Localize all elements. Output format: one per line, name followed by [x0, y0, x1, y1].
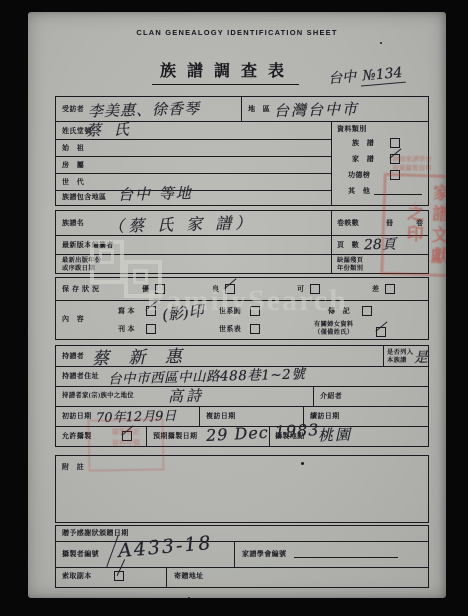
women-data-checkbox [376, 327, 386, 337]
category-label: 資料類別 [337, 126, 367, 133]
red-stamp-small: 攝製登記 資料存檔 [88, 418, 165, 471]
familysearch-logo-watermark [90, 240, 124, 284]
missing-pages-label: 缺漏殘頁 年份類別 [337, 257, 363, 273]
printed-label: 刊 本 [118, 326, 135, 333]
holder-address-label: 持譜者住址 [62, 373, 99, 380]
holder-address-value: 台中市西區中山路488巷1~2號 [108, 362, 306, 387]
award-date-label: 贈予感謝狀頒贈日期 [62, 530, 129, 537]
biography-checkbox [362, 306, 372, 316]
copy-request-checkbox [114, 571, 124, 581]
seal-body-text: 家譜文獻之印 [383, 176, 446, 274]
form-paper: CLAN GENEALOGY IDENTIFICATION SHEET 族譜調查… [28, 12, 446, 598]
familysearch-text-watermark: FamilySearch [146, 284, 348, 318]
pedigree-table-label: 世系表 [219, 326, 241, 333]
red-seal-stamp: 家譜文獻之印 [380, 173, 446, 277]
introducer-label: 介紹者 [320, 393, 342, 400]
pages-label: 頁 數 [337, 242, 359, 249]
seal-caption-line1: 猶他家譜學會 [393, 156, 432, 163]
serial-number-handwritten: 台中 №134 [327, 62, 406, 89]
condition-poor-label: 差 [372, 286, 379, 293]
missing-label-line1: 缺漏殘頁 [337, 257, 363, 264]
revisit-label: 複訪日期 [206, 413, 236, 420]
women-data-label-line2: （僅備姓氏） [314, 329, 354, 336]
film-date-value: 29 Dec 1983 [206, 420, 320, 445]
holder-position-label: 持譜者家(宗)族中之地位 [62, 393, 134, 399]
women-data-label: 有關婦女資料 （僅備姓氏） [314, 321, 354, 337]
stray-stroke [106, 535, 119, 567]
filmer-number-label: 攝製者編號 [62, 551, 99, 558]
category-clan-label: 族 譜 [352, 140, 374, 147]
region-label: 地 區 [248, 106, 270, 113]
red-seal-caption: 猶他家譜學會 收藏攝製資料 [378, 156, 446, 174]
content-label: 內 容 [62, 316, 84, 323]
interviewee-label: 受訪者 [62, 106, 84, 113]
followup-visit-label: 續訪日期 [310, 413, 340, 420]
holder-label: 持譜者 [62, 353, 84, 360]
listed-label-line1: 是否列入 [387, 349, 413, 356]
copy-request-label: 索取副本 [62, 573, 92, 580]
serial-no: №134 [360, 65, 406, 87]
generations-label: 世 代 [62, 179, 84, 186]
manuscript-label: 寫 本 [118, 308, 135, 315]
condition-poor-checkbox [385, 284, 395, 294]
holder-position-value: 高詩 [168, 385, 205, 407]
branch-label: 房 屬 [62, 162, 84, 169]
genealogy-title-label: 族譜名 [62, 220, 84, 227]
category-clan-checkbox [390, 138, 400, 148]
society-number-line [294, 557, 398, 558]
small-stamp-line1: 攝製登記 [112, 428, 140, 436]
first-ancestor-label: 始 祖 [62, 145, 84, 152]
mailing-address-label: 寄贈地址 [174, 573, 204, 580]
scan-speck [380, 42, 382, 44]
printed-checkbox [146, 324, 156, 334]
missing-label-line2: 年份類別 [337, 265, 363, 272]
small-stamp-line2: 資料存檔 [112, 438, 140, 446]
notes-label: 附 註 [62, 464, 84, 471]
listed-value: 是 [414, 347, 429, 367]
filmer-number-value: A433-18 [117, 532, 213, 562]
listed-label-line2: 本族譜 [387, 357, 407, 364]
section-filming-admin: 贈予感謝狀頒贈日期 攝製者編號 A433-18 家譜學會編號 索取副本 寄贈地址 [55, 525, 429, 588]
pedigree-table-checkbox [250, 324, 260, 334]
interviewee-value: 李美惠、徐香琴 [88, 98, 201, 122]
coverage-label: 族譜包含地區 [62, 194, 106, 201]
genealogy-title-value: （蔡 氏 家 譜） [108, 210, 256, 237]
listed-in-genealogy-label: 是否列入 本族譜 [387, 349, 413, 365]
category-family-label: 家 譜 [352, 156, 374, 163]
volumes-label: 卷帙數 [337, 220, 359, 227]
english-title: CLAN GENEALOGY IDENTIFICATION SHEET [28, 29, 446, 37]
form-title: 族譜調查表 [152, 58, 299, 85]
scan-speck [301, 462, 304, 465]
scanned-document: CLAN GENEALOGY IDENTIFICATION SHEET 族譜調查… [0, 0, 468, 616]
women-data-label-line1: 有關婦女資料 [314, 321, 354, 328]
category-merit-label: 功德榜 [348, 172, 370, 179]
coverage-value: 台中 等地 [118, 182, 193, 205]
category-other-label: 其 他 [348, 188, 370, 195]
seal-caption-line2: 收藏攝製資料 [393, 165, 432, 172]
region-value: 台灣台中市 [274, 98, 360, 121]
film-place-value: 桃園 [318, 424, 353, 446]
society-number-label: 家譜學會編號 [242, 551, 286, 558]
surname-hall-value: 蔡 氏 [86, 118, 133, 140]
condition-label: 保存狀況 [62, 286, 102, 293]
scan-speck [188, 597, 190, 598]
serial-city: 台中 [328, 69, 357, 87]
section-identification: 受訪者 李美惠、徐香琴 地 區 台灣台中市 姓氏堂號 蔡 氏 始 祖 房 屬 世… [55, 96, 429, 206]
